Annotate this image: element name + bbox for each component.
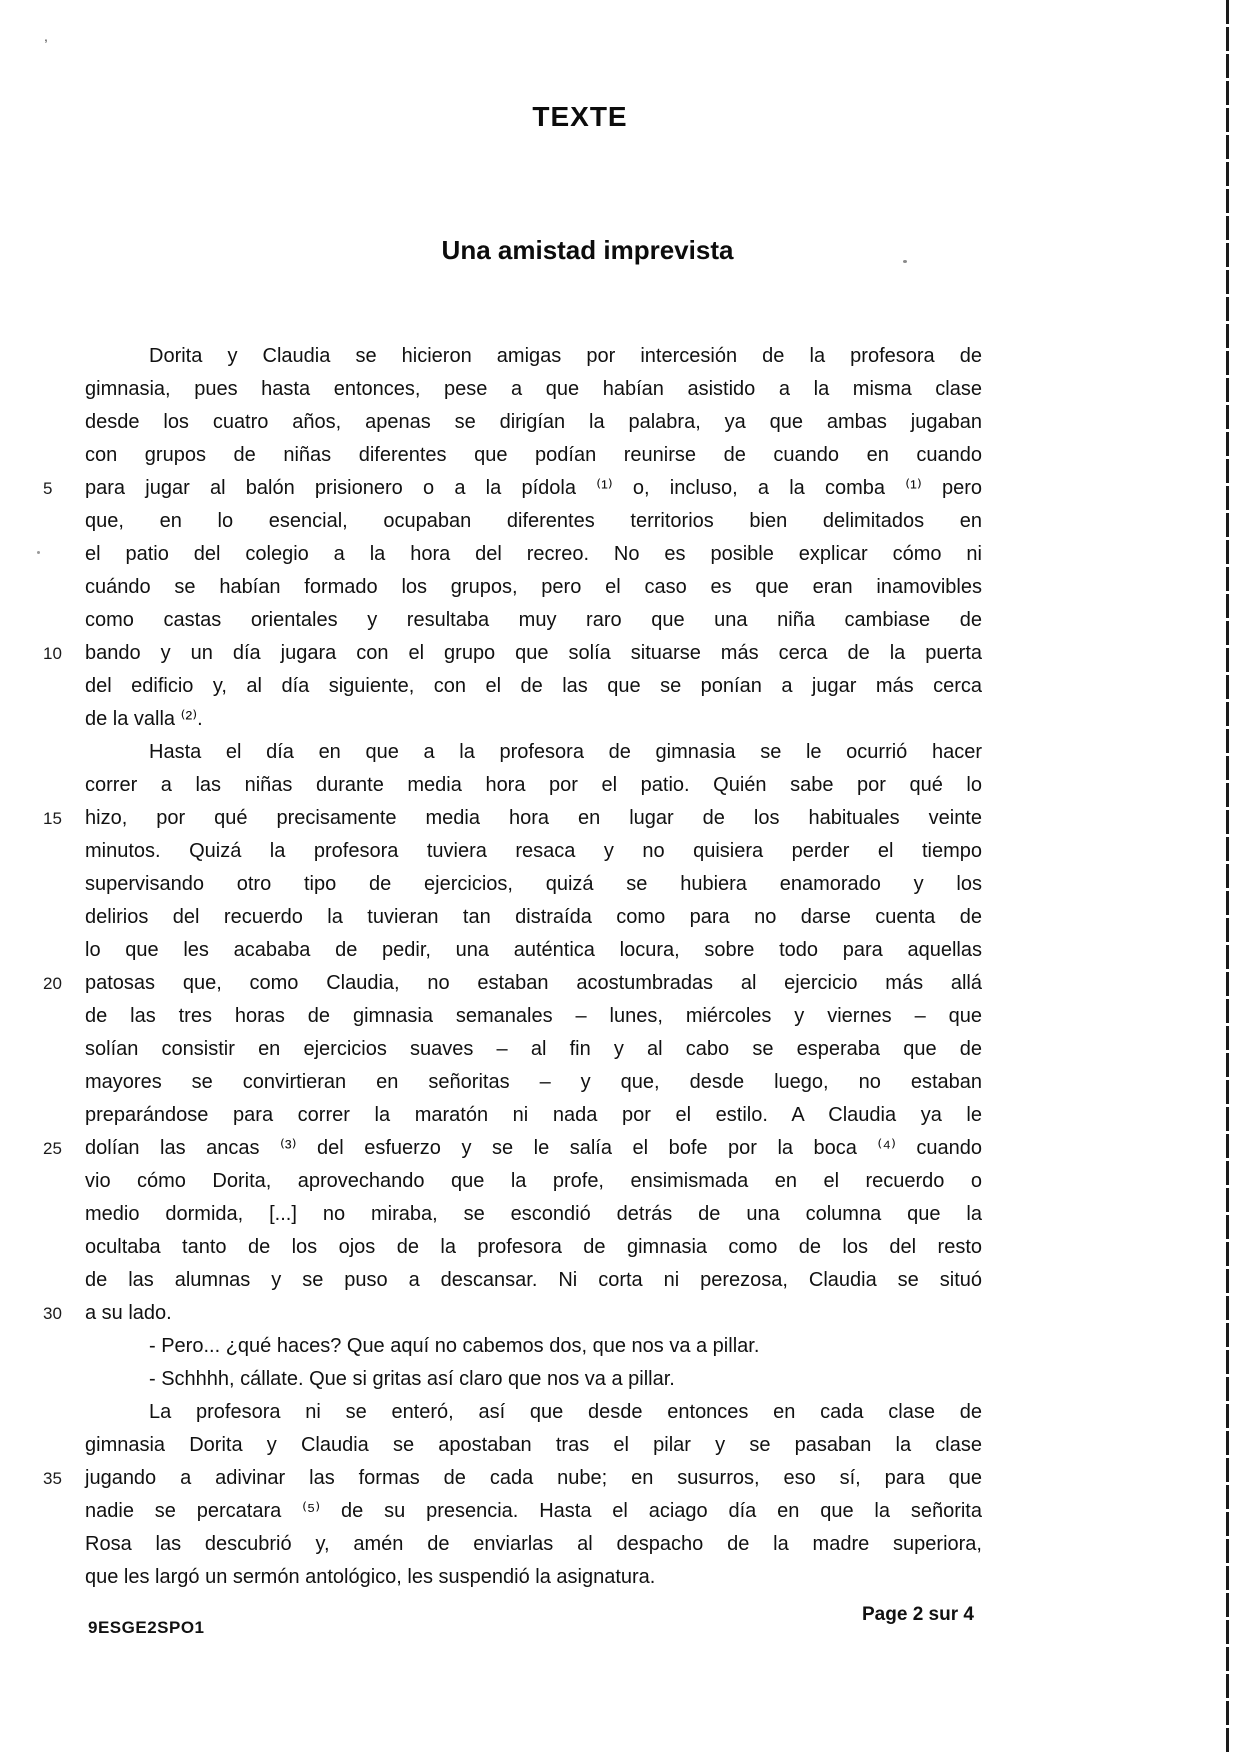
text-line: de la valla ⁽²⁾.	[85, 703, 982, 736]
line-text: nadie se percatara ⁽⁵⁾ de su presencia. …	[85, 1500, 982, 1522]
line-text: minutos. Quizá la profesora tuviera resa…	[85, 840, 982, 862]
text-line: de las tres horas de gimnasia semanales …	[85, 1000, 982, 1033]
line-text: delirios del recuerdo la tuvieran tan di…	[85, 906, 982, 928]
line-text: a su lado.	[85, 1302, 172, 1324]
text-line: delirios del recuerdo la tuvieran tan di…	[85, 901, 982, 934]
text-line: 25dolían las ancas ⁽³⁾ del esfuerzo y se…	[85, 1132, 982, 1165]
scan-artifact	[903, 260, 907, 263]
line-text: mayores se convirtieran en señoritas – y…	[85, 1071, 982, 1093]
line-number: 25	[43, 1132, 77, 1165]
line-text: lo que les acababa de pedir, una auténti…	[85, 939, 982, 961]
line-text: de las alumnas y se puso a descansar. Ni…	[85, 1269, 982, 1291]
line-text: que les largó un sermón antológico, les …	[85, 1566, 655, 1588]
scan-artifact: ,	[44, 28, 48, 44]
line-text: gimnasia, pues hasta entonces, pese a qu…	[85, 378, 982, 400]
line-text: de las tres horas de gimnasia semanales …	[85, 1005, 982, 1027]
text-line: 35jugando a adivinar las formas de cada …	[85, 1462, 982, 1495]
line-text: Dorita y Claudia se hicieron amigas por …	[149, 345, 982, 367]
text-line: 10bando y un día jugara con el grupo que…	[85, 637, 982, 670]
line-number: 10	[43, 637, 77, 670]
text-line: preparándose para correr la maratón ni n…	[85, 1099, 982, 1132]
line-text: medio dormida, [...] no miraba, se escon…	[85, 1203, 982, 1225]
line-text: correr a las niñas durante media hora po…	[85, 774, 982, 796]
text-line: cuándo se habían formado los grupos, per…	[85, 571, 982, 604]
text-line: supervisando otro tipo de ejercicios, qu…	[85, 868, 982, 901]
text-line: que, en lo esencial, ocupaban diferentes…	[85, 505, 982, 538]
scan-edge-line	[1226, 0, 1229, 1753]
line-text: bando y un día jugara con el grupo que s…	[85, 642, 982, 664]
text-line: gimnasia Dorita y Claudia se apostaban t…	[85, 1429, 982, 1462]
line-text: jugando a adivinar las formas de cada nu…	[85, 1467, 982, 1489]
line-text: La profesora ni se enteró, así que desde…	[149, 1401, 982, 1423]
text-line: 15hizo, por qué precisamente media hora …	[85, 802, 982, 835]
text-line: del edificio y, al día siguiente, con el…	[85, 670, 982, 703]
line-text: solían consistir en ejercicios suaves – …	[85, 1038, 982, 1060]
footer-page-number: Page 2 sur 4	[862, 1604, 974, 1626]
text-line: La profesora ni se enteró, así que desde…	[85, 1396, 982, 1429]
text-line: vio cómo Dorita, aprovechando que la pro…	[85, 1165, 982, 1198]
line-text: supervisando otro tipo de ejercicios, qu…	[85, 873, 982, 895]
line-text: que, en lo esencial, ocupaban diferentes…	[85, 510, 982, 532]
line-text: ocultaba tanto de los ojos de la profeso…	[85, 1236, 982, 1258]
text-line: lo que les acababa de pedir, una auténti…	[85, 934, 982, 967]
line-text: el patio del colegio a la hora del recre…	[85, 543, 982, 565]
text-line: como castas orientales y resultaba muy r…	[85, 604, 982, 637]
line-text: Rosa las descubrió y, amén de enviarlas …	[85, 1533, 982, 1555]
text-line: 20patosas que, como Claudia, no estaban …	[85, 967, 982, 1000]
footer-document-code: 9ESGE2SPO1	[88, 1618, 205, 1638]
text-line: solían consistir en ejercicios suaves – …	[85, 1033, 982, 1066]
line-text: dolían las ancas ⁽³⁾ del esfuerzo y se l…	[85, 1137, 982, 1159]
text-line: el patio del colegio a la hora del recre…	[85, 538, 982, 571]
text-line: nadie se percatara ⁽⁵⁾ de su presencia. …	[85, 1495, 982, 1528]
text-line: medio dormida, [...] no miraba, se escon…	[85, 1198, 982, 1231]
text-body: Dorita y Claudia se hicieron amigas por …	[85, 340, 982, 1594]
text-line: 30a su lado.	[85, 1297, 982, 1330]
line-text: del edificio y, al día siguiente, con el…	[85, 675, 982, 697]
line-text: cuándo se habían formado los grupos, per…	[85, 576, 982, 598]
line-text: como castas orientales y resultaba muy r…	[85, 609, 982, 631]
text-line: - Schhhh, cállate. Que si gritas así cla…	[85, 1363, 982, 1396]
line-text: gimnasia Dorita y Claudia se apostaban t…	[85, 1434, 982, 1456]
line-text: preparándose para correr la maratón ni n…	[85, 1104, 982, 1126]
text-title: Una amistad imprevista	[0, 235, 1175, 266]
text-line: ocultaba tanto de los ojos de la profeso…	[85, 1231, 982, 1264]
document-page: TEXTE Una amistad imprevista Dorita y Cl…	[0, 0, 1248, 1753]
line-text: con grupos de niñas diferentes que podía…	[85, 444, 982, 466]
scan-artifact	[37, 551, 40, 554]
line-text: vio cómo Dorita, aprovechando que la pro…	[85, 1170, 982, 1192]
line-text: para jugar al balón prisionero o a la pí…	[85, 477, 982, 499]
line-number: 35	[43, 1462, 77, 1495]
text-line: Hasta el día en que a la profesora de gi…	[85, 736, 982, 769]
text-line: minutos. Quizá la profesora tuviera resa…	[85, 835, 982, 868]
page-heading: TEXTE	[0, 101, 1160, 133]
text-line: - Pero... ¿qué haces? Que aquí no cabemo…	[85, 1330, 982, 1363]
text-line: gimnasia, pues hasta entonces, pese a qu…	[85, 373, 982, 406]
line-number: 30	[43, 1297, 77, 1330]
line-text: hizo, por qué precisamente media hora en…	[85, 807, 982, 829]
text-line: que les largó un sermón antológico, les …	[85, 1561, 982, 1594]
line-text: - Pero... ¿qué haces? Que aquí no cabemo…	[149, 1335, 759, 1357]
line-number: 20	[43, 967, 77, 1000]
line-text: patosas que, como Claudia, no estaban ac…	[85, 972, 982, 994]
line-text: Hasta el día en que a la profesora de gi…	[149, 741, 982, 763]
text-line: Rosa las descubrió y, amén de enviarlas …	[85, 1528, 982, 1561]
line-text: - Schhhh, cállate. Que si gritas así cla…	[149, 1368, 675, 1390]
text-line: desde los cuatro años, apenas se dirigía…	[85, 406, 982, 439]
text-line: de las alumnas y se puso a descansar. Ni…	[85, 1264, 982, 1297]
text-line: Dorita y Claudia se hicieron amigas por …	[85, 340, 982, 373]
text-line: correr a las niñas durante media hora po…	[85, 769, 982, 802]
text-line: 5para jugar al balón prisionero o a la p…	[85, 472, 982, 505]
line-number: 5	[43, 472, 77, 505]
text-line: con grupos de niñas diferentes que podía…	[85, 439, 982, 472]
line-text: desde los cuatro años, apenas se dirigía…	[85, 411, 982, 433]
text-line: mayores se convirtieran en señoritas – y…	[85, 1066, 982, 1099]
line-text: de la valla ⁽²⁾.	[85, 708, 203, 730]
line-number: 15	[43, 802, 77, 835]
